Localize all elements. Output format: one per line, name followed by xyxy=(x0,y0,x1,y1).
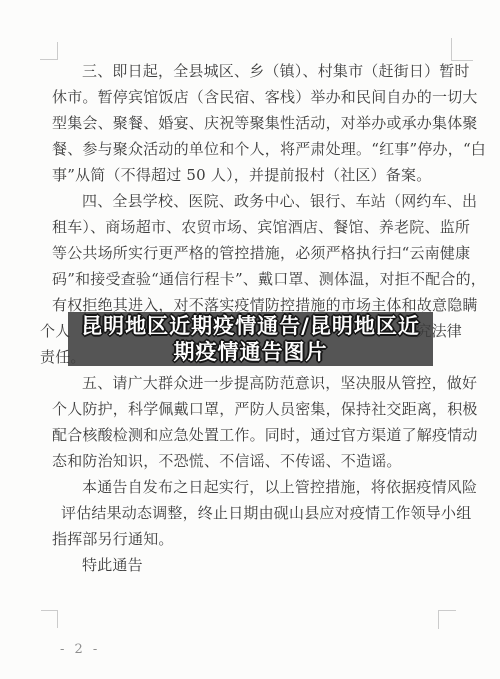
document-page: 三、即日起，全县城区、乡（镇）、村集市（赶街日）暂时休市。暂停宾馆饭店（含民宿、… xyxy=(0,0,500,679)
text-line: 等公共场所实行更严格的管控措施，必须严格执行扫“云南健康 xyxy=(52,240,462,266)
text-line: 租车）、商场超市、农贸市场、宾馆酒店、餐馆、养老院、监所 xyxy=(52,214,462,240)
page-number: - 2 - xyxy=(60,642,100,657)
text-fragment-left: 个人 xyxy=(40,318,70,344)
text-line: 指挥部另行通知。 xyxy=(52,526,462,552)
text-line: 本通告自发布之日起实行，以上管控措施，将依据疫情风险 xyxy=(52,474,462,500)
text-line: 码”和接受查验“通信行程卡”、戴口罩、测体温，对拒不配合的， xyxy=(52,266,462,292)
text-line: 个人防护，科学佩戴口罩，严防人员密集，保持社交距离，积极 xyxy=(52,396,462,422)
text-line: 休市。暂停宾馆饭店（含民宿、客栈）举办和民间自办的一切大 xyxy=(52,84,462,110)
text-line: 餐、参与聚众活动的单位和个人，将严肃处理。“红事”停办，“白 xyxy=(52,136,462,162)
watermark-title-banner: 昆明地区近期疫情通告/昆明地区近 期疫情通告图片 xyxy=(68,312,433,366)
crop-mark-bottom-left-icon xyxy=(41,610,58,628)
watermark-title-line2: 期疫情通告图片 xyxy=(174,339,328,365)
watermark-title-line1: 昆明地区近期疫情通告/昆明地区近 xyxy=(81,313,420,339)
text-line: 型集会、聚餐、婚宴、庆祝等聚集性活动，对举办或承办集体聚 xyxy=(52,110,462,136)
text-line: 态和防治知识，不恐慌、不信谣、不传谣、不造谣。 xyxy=(52,448,462,474)
crop-mark-bottom-right-icon xyxy=(438,610,456,629)
text-line: 四、全县学校、医院、政务中心、银行、车站（网约车、出 xyxy=(52,188,462,214)
text-line: 三、即日起，全县城区、乡（镇）、村集市（赶街日）暂时 xyxy=(52,58,462,84)
text-line: 事”从简（不得超过 50 人），并提前报村（社区）备案。 xyxy=(52,162,462,188)
text-line: 特此通告 xyxy=(52,552,462,578)
text-line: 配合核酸检测和应急处置工作。同时，通过官方渠道了解疫情动 xyxy=(52,422,462,448)
text-line: 评估结果动态调整，终止日期由砚山县应对疫情工作领导小组 xyxy=(52,500,462,526)
text-line: 五、请广大群众进一步提高防范意识，坚决服从管控，做好 xyxy=(52,370,462,396)
